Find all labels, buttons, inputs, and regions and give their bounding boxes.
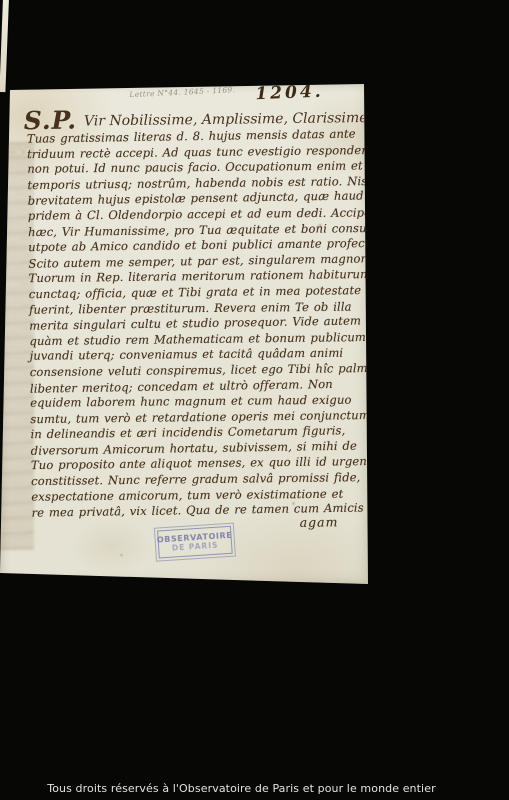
letter-body: Tuas gratissimas literas d. 8. hujus men… <box>27 127 360 521</box>
letter-line: pridem à Cl. Oldendorpio accepi et ad eu… <box>28 206 356 225</box>
copyright-caption: Tous droits réservés à l'Observatoire de… <box>0 782 496 795</box>
flourish-stroke <box>375 117 413 118</box>
underlying-page-edge <box>0 0 9 92</box>
letter-page: Lettre N°44. 1645 - 1169. 1204. S.P.Vir … <box>0 84 370 586</box>
page-content: Lettre N°44. 1645 - 1169. 1204. S.P.Vir … <box>0 80 375 586</box>
observatoire-stamp: OBSERVATOIRE DE PARIS <box>157 526 233 559</box>
closing-word: agam <box>300 514 339 529</box>
pencil-annotation: Lettre N°44. 1645 - 1169. <box>129 84 259 99</box>
letter-line: equidem laborem hunc magnum et cum haud … <box>30 393 358 412</box>
manuscript-scan-view: Lettre N°44. 1645 - 1169. 1204. S.P.Vir … <box>0 0 509 800</box>
stamp-text-line2: DE PARIS <box>172 541 219 553</box>
folio-number: 1204. <box>255 82 324 105</box>
